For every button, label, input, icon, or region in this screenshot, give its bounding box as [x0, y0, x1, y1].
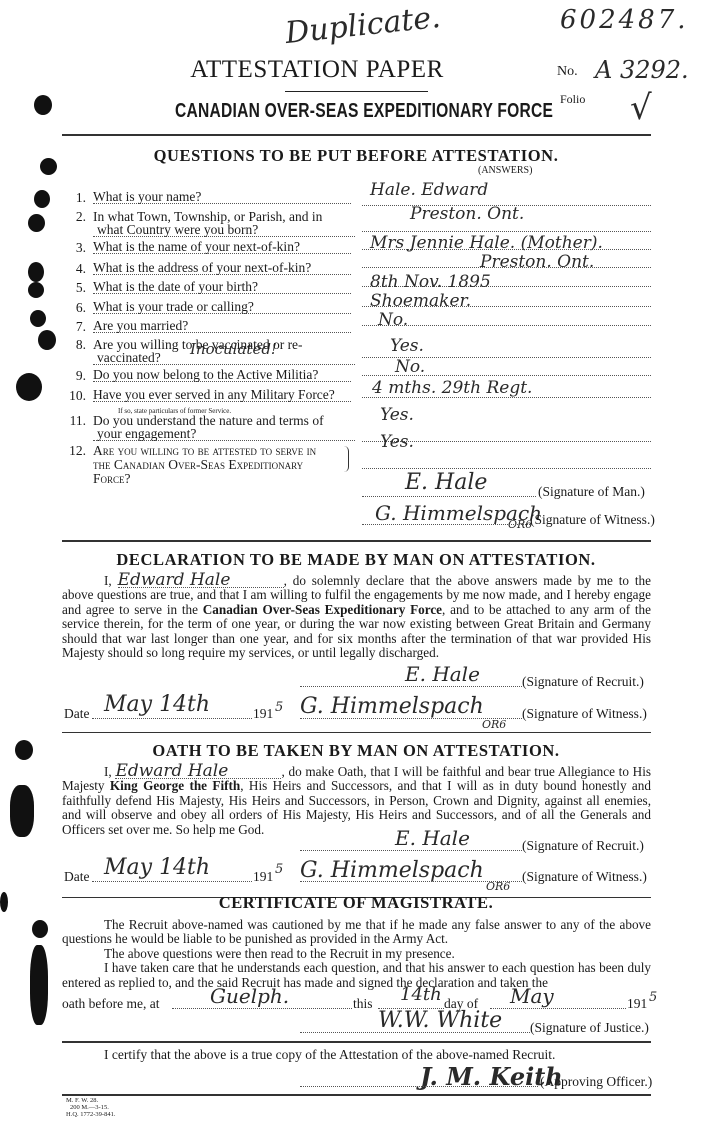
witness-signature: G. Himmelspach [300, 858, 484, 883]
justice-signature: W.W. White [378, 1008, 502, 1033]
oath-day: 14th [400, 984, 442, 1005]
oath-date: May 14th [104, 855, 210, 880]
year-prefix: 191 [627, 996, 647, 1012]
answer-value: Shoemaker. [370, 291, 471, 311]
answers-header: (ANSWERS) [478, 165, 532, 176]
section-divider [62, 540, 651, 542]
year-prefix: 191 [253, 706, 273, 722]
signature-line [300, 686, 522, 687]
folio-label: Folio [560, 92, 585, 107]
signature-line [362, 524, 530, 525]
oath-month: May [510, 984, 554, 1008]
date-label: Date [64, 869, 89, 885]
answer-line [362, 231, 651, 232]
question-text: Are you willing to be vaccinated or re-v… [93, 338, 353, 365]
question-text: Are you married? [93, 320, 353, 333]
signature-line [300, 1086, 538, 1087]
answer-value: Yes. [390, 336, 424, 356]
title-divider [285, 91, 428, 92]
question-number: 4. [62, 262, 86, 276]
answer-value: Mrs Jennie Hale. (Mother). [370, 233, 603, 253]
declaration-name: Edward Hale [118, 573, 284, 588]
serial-number: 602487. [560, 5, 689, 35]
oath-title: OATH TO BE TAKEN BY MAN ON ATTESTATION. [0, 741, 712, 761]
form-code: M. F. W. 28. 200 M.—3-15. H.Q. 1772-39-8… [66, 1098, 115, 1118]
answer-value: Yes. [380, 432, 414, 452]
answer-value: Hale. Edward [370, 180, 488, 200]
punch-hole [28, 262, 44, 282]
signature-line [300, 718, 522, 719]
answer-line [362, 468, 651, 469]
question-number: 12. [62, 444, 86, 458]
question-text: What is the date of your birth? [93, 281, 353, 294]
punch-hole [34, 190, 50, 208]
signature-of-man-label: (Signature of Man.) [538, 484, 645, 500]
date-line [92, 718, 252, 719]
date-line [92, 881, 252, 882]
question-text: What is your trade or calling? [93, 301, 353, 314]
punch-hole [10, 785, 34, 837]
answer-value: Preston. Ont. [410, 204, 524, 224]
magistrate-title: CERTIFICATE OF MAGISTRATE. [0, 893, 712, 913]
signature-of-justice-label: (Signature of Justice.) [530, 1020, 649, 1036]
answer-value: 8th Nov. 1895 [370, 272, 491, 292]
question-text: In what Town, Township, or Parish, and i… [93, 210, 353, 237]
punch-hole [38, 330, 56, 350]
punch-hole [32, 920, 48, 938]
answer-value: Preston. Ont. [480, 252, 594, 272]
declaration-title: DECLARATION TO BE MADE BY MAN ON ATTESTA… [0, 550, 712, 570]
signature-line [300, 850, 522, 851]
section-divider [62, 1041, 651, 1043]
oath-name: Edward Hale [115, 764, 281, 779]
oath-text: I, Edward Hale, do make Oath, that I wil… [62, 764, 651, 837]
signature-of-witness-label: (Signature of Witness.) [522, 706, 647, 722]
punch-hole [30, 945, 48, 1025]
section-divider [62, 1094, 651, 1096]
punch-hole [28, 282, 44, 298]
answer-value: No. [395, 357, 425, 377]
check-mark-icon: √ [630, 88, 652, 128]
question-text: Are you willing to be attested to serve … [93, 444, 353, 486]
punch-hole [34, 95, 52, 115]
year-suffix: 5 [275, 862, 283, 877]
signature-of-recruit-label: (Signature of Recruit.) [522, 674, 644, 690]
signature-of-witness-label: (Signature of Witness.) [530, 512, 655, 528]
page-subtitle: CANADIAN OVER-SEAS EXPEDITIONARY FORCE [175, 100, 553, 123]
question-number: 2. [62, 210, 86, 224]
section-divider [62, 732, 651, 733]
question-text: Have you ever served in any Military For… [93, 389, 353, 402]
signature-of-recruit-label: (Signature of Recruit.) [522, 838, 644, 854]
oath-before-label: oath before me, at [62, 996, 159, 1012]
question-number: 7. [62, 320, 86, 334]
answer-value: Yes. [380, 405, 414, 425]
question-number: 1. [62, 191, 86, 205]
witness-signature: G. Himmelspach [300, 694, 484, 719]
date-label: Date [64, 706, 89, 722]
question-text: What is the address of your next-of-kin? [93, 262, 353, 275]
bracket [344, 446, 349, 472]
question-number: 8. [62, 338, 86, 352]
declaration-date: May 14th [104, 692, 210, 717]
question-number: 6. [62, 301, 86, 315]
certification-text: I certify that the above is a true copy … [104, 1047, 555, 1063]
question-number: 3. [62, 241, 86, 255]
year-prefix: 191 [253, 869, 273, 885]
questions-section-title: QUESTIONS TO BE PUT BEFORE ATTESTATION. [0, 146, 712, 166]
approving-officer-label: (Approving Officer.) [540, 1074, 652, 1090]
answer-value: 4 mths. 29th Regt. [372, 378, 532, 398]
question-text: What is the name of your next-of-kin? [93, 241, 353, 254]
month-line [490, 1008, 626, 1009]
question-number: 11. [62, 414, 86, 428]
question-text: Do you understand the nature and terms o… [93, 414, 353, 441]
punch-hole [16, 373, 42, 401]
question-text: Do you now belong to the Active Militia? [93, 369, 353, 382]
recruit-signature: E. Hale [395, 826, 470, 850]
recruit-signature: E. Hale [405, 662, 480, 686]
this-label: this [353, 996, 373, 1012]
question-number: 9. [62, 369, 86, 383]
number-label: No. [557, 64, 578, 80]
question-number: 5. [62, 281, 86, 295]
punch-hole [30, 310, 46, 327]
duplicate-note: Duplicate. [284, 0, 443, 51]
signature-line [300, 881, 522, 882]
witness-note: OR6 [482, 718, 506, 731]
signature-line [300, 1032, 530, 1033]
answer-value: No. [378, 310, 408, 330]
man-signature: E. Hale [405, 470, 487, 495]
year-suffix: 5 [275, 700, 283, 715]
header-divider [62, 134, 651, 136]
place-line [172, 1008, 352, 1009]
year-suffix: 5 [649, 990, 657, 1005]
punch-hole [28, 214, 45, 232]
declaration-text: I, Edward Hale, do solemnly declare that… [62, 573, 651, 660]
magistrate-text: The Recruit above-named was cautioned by… [62, 918, 651, 990]
question-number: 10. [62, 389, 86, 403]
oath-place: Guelph. [210, 984, 289, 1008]
regimental-number: A 3292. [595, 56, 689, 84]
signature-of-witness-label: (Signature of Witness.) [522, 869, 647, 885]
question-text: What is your name? [93, 191, 353, 204]
signature-line [362, 496, 536, 497]
